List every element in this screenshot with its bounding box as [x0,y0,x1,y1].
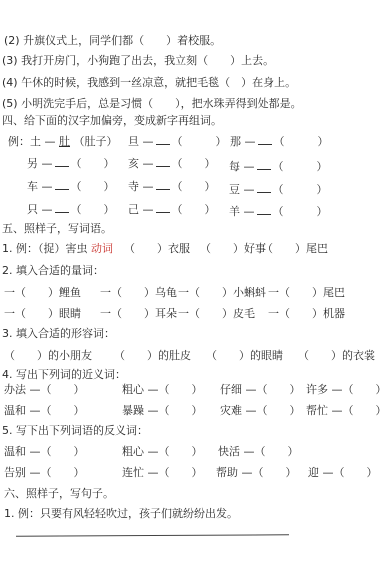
answer-blank[interactable] [55,180,69,190]
radical-item: 那 —（ ） [230,135,329,149]
radical-item: 每 —（ ） [229,160,328,174]
answer-blank[interactable] [257,205,271,215]
answer-blank[interactable] [258,135,272,145]
q5-item[interactable]: 粗心 —（ ） [122,445,203,459]
q2-item[interactable]: 一（ ）皮毛 [178,307,255,321]
radical-item: 只 —（ ） [27,203,115,217]
q4-item[interactable]: 仔细 —（ ） [220,383,301,397]
q4-item[interactable]: 粗心 —（ ） [122,383,203,397]
section-4-example: 例：土 — 肚 （肚子） [8,135,118,149]
radical-item: 寺 —（ ） [128,180,216,194]
red-annotation: 动词 [91,242,113,255]
answer-blank[interactable] [257,183,271,193]
sentence-4: (4) 午休的时候，我感到一丝凉意，就把毛毯（ ）在身上。 [2,76,296,90]
section-6-title: 六、照样子，写句子。 [4,487,114,501]
example-label: 例：土 — [8,135,56,148]
q1-item[interactable]: （ ）衣服 [124,242,190,256]
q2-item[interactable]: 一（ ）眼睛 [4,307,81,321]
answer-blank[interactable] [55,157,69,167]
section-4-title: 四、给下面的汉字加偏旁，变成新字再组词。 [2,114,222,128]
q5-item[interactable]: 迎 —（ ） [308,466,378,480]
radical-item: 羊 —（ ） [229,205,328,219]
section-6-q1: 1. 例：只要有风轻轻吹过，孩子们就纷纷出发。 [4,507,238,521]
q4-item[interactable]: 办法 —（ ） [4,383,85,397]
q1-item[interactable]: （ ）尾巴 [262,242,328,256]
sentence-2: (2) 升旗仪式上，同学们都（ ）着校服。 [4,34,221,48]
answer-line[interactable] [16,534,289,536]
q3-item[interactable]: （ ）的小朋友 [4,349,92,363]
q2-item[interactable]: 一（ ）小蝌蚪 [178,286,266,300]
example-word: （肚子） [74,135,118,148]
example-char: 肚 [59,135,70,148]
q4-item[interactable]: 帮忙 —（ ） [306,404,384,418]
section-5-title: 五、照样子，写词语。 [2,222,112,236]
q5-title: 5. 写下出下列词语的反义词： [2,424,148,438]
q4-item[interactable]: 灾难 —（ ） [220,404,301,418]
q5-item[interactable]: 连忙 —（ ） [122,466,203,480]
radical-item: 另 —（ ） [27,157,115,171]
radical-item: 车 —（ ） [27,180,115,194]
sentence-3: (3) 我打开房门，小狗跑了出去，我立刻（ ）上去。 [2,54,274,68]
q5-item[interactable]: 温和 —（ ） [4,445,85,459]
q5-item[interactable]: 快活 —（ ） [218,445,299,459]
answer-blank[interactable] [257,160,271,170]
radical-item: 己 —（ ） [128,203,216,217]
q4-item[interactable]: 温和 —（ ） [4,404,85,418]
q3-title: 3. 填入合适的形容词： [2,327,115,341]
q1-item[interactable]: （ ）好事 [200,242,266,256]
q1-example: 1. 例：（捉）害虫 动词 [2,242,113,256]
radical-item: 豆 —（ ） [229,183,328,197]
q5-item[interactable]: 帮助 —（ ） [216,466,297,480]
q5-item[interactable]: 告别 —（ ） [4,466,85,480]
q4-item[interactable]: 许多 —（ ） [306,383,384,397]
answer-blank[interactable] [156,180,170,190]
q3-item[interactable]: （ ）的衣裳 [298,349,375,363]
q2-item[interactable]: 一（ ）耳朵 [100,307,177,321]
sentence-5: (5) 小明洗完手后，总是习惯（ ），把水珠弄得到处都是。 [2,97,302,111]
radical-item: 亥 —（ ） [128,157,216,171]
answer-blank[interactable] [55,203,69,213]
answer-blank[interactable] [156,157,170,167]
q2-item[interactable]: 一（ ）乌龟 [100,286,177,300]
q4-item[interactable]: 暴躁 —（ ） [122,404,203,418]
answer-blank[interactable] [156,203,170,213]
q2-item[interactable]: 一（ ）机器 [268,307,345,321]
answer-blank[interactable] [156,135,170,145]
radical-item: 旦 —（ ） [128,135,227,149]
q3-item[interactable]: （ ）的眼睛 [206,349,283,363]
q2-item[interactable]: 一（ ）尾巴 [268,286,345,300]
q2-item[interactable]: 一（ ）鲤鱼 [4,286,81,300]
q4-title: 4. 写出下列词的近义词： [2,368,126,382]
q3-item[interactable]: （ ）的肚皮 [114,349,191,363]
q2-title: 2. 填入合适的量词： [2,264,104,278]
